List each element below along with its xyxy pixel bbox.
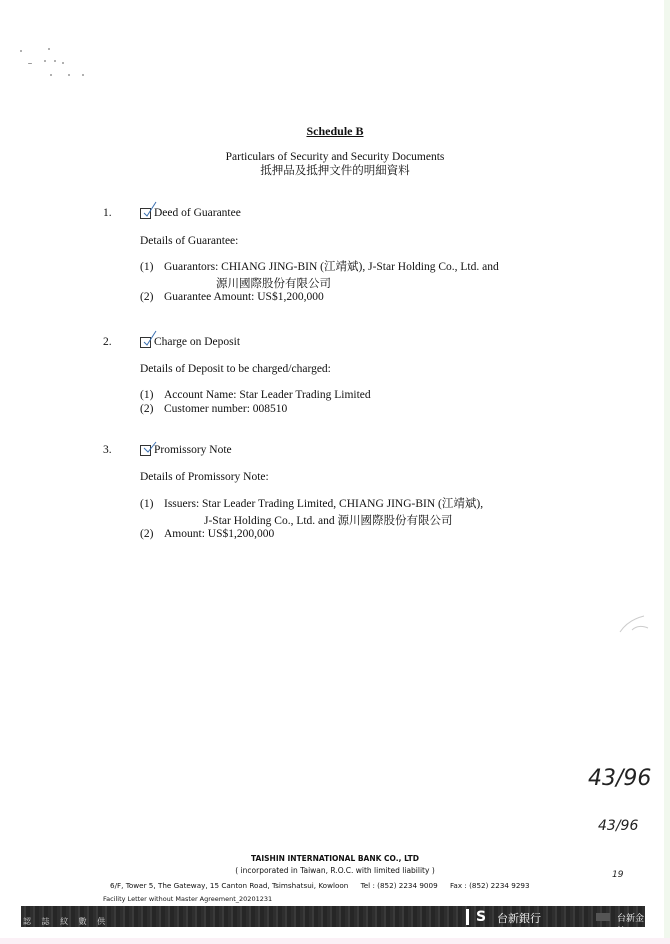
scan-edge-right	[664, 0, 670, 944]
bar-bank-name-zh: 台新銀行	[497, 910, 541, 926]
section-2-heading: Charge on Deposit	[140, 336, 240, 348]
footer-doc-reference: Facility Letter without Master Agreement…	[103, 895, 272, 903]
footer-tel: Tel : (852) 2234 9009	[361, 881, 438, 890]
checkbox-checked-icon[interactable]	[140, 337, 151, 348]
footer-address: 6/F, Tower 5, The Gateway, 15 Canton Roa…	[110, 881, 348, 890]
taishin-logo-icon: S	[466, 909, 493, 925]
section-1-item-1-cont: 源川國際股份有限公司	[216, 275, 331, 291]
section-2-number: 2.	[103, 336, 112, 348]
section-3-item-1: (1)Issuers: Star Leader Trading Limited,…	[140, 497, 483, 511]
section-3-item-1-cont: J-Star Holding Co., Ltd. and 源川國際股份有限公司	[204, 512, 453, 528]
footer-bank-name: TAISHIN INTERNATIONAL BANK CO., LTD	[0, 854, 670, 863]
section-2-details-label: Details of Deposit to be charged/charged…	[140, 363, 331, 375]
section-2-item-1: (1)Account Name: Star Leader Trading Lim…	[140, 388, 371, 402]
bar-holding-name-zh: 台新金控	[617, 911, 645, 937]
checkbox-checked-icon[interactable]	[140, 208, 151, 219]
holding-logo-icon	[596, 913, 610, 921]
handwritten-page-ref-large: 43/96	[588, 766, 651, 791]
schedule-subtitle: Particulars of Security and Security Doc…	[0, 150, 670, 178]
section-2-heading-text: Charge on Deposit	[154, 336, 240, 348]
scan-specks	[18, 48, 98, 88]
section-1-number: 1.	[103, 207, 112, 219]
footer-incorporation: ( incorporated in Taiwan, R.O.C. with li…	[0, 866, 670, 875]
tick-mark-icon	[143, 330, 157, 346]
tick-mark-icon	[143, 438, 157, 454]
scan-edge-bottom	[0, 938, 670, 944]
checkbox-checked-icon[interactable]	[140, 445, 151, 456]
footer-brand-bar: 認 誌 紋 數 供 S 台新銀行 台新金控	[21, 906, 645, 927]
subtitle-en: Particulars of Security and Security Doc…	[0, 150, 670, 164]
section-3-item-2: (2)Amount: US$1,200,000	[140, 527, 274, 541]
subtitle-zh: 抵押品及抵押文件的明細資料	[0, 164, 670, 178]
tick-mark-icon	[143, 201, 157, 217]
section-3-details-label: Details of Promissory Note:	[140, 471, 269, 483]
bar-left-text: 認 誌 紋 數 供	[23, 916, 109, 927]
section-1-item-1: (1)Guarantors: CHIANG JING-BIN (江靖斌), J-…	[140, 260, 499, 274]
handwritten-page-ref-small: 43/96	[598, 818, 638, 834]
section-1-details-label: Details of Guarantee:	[140, 235, 238, 247]
section-1-item-2: (2)Guarantee Amount: US$1,200,000	[140, 290, 324, 304]
section-3-heading: Promissory Note	[140, 444, 232, 456]
document-page: Schedule B Particulars of Security and S…	[0, 0, 670, 944]
section-2-item-2: (2)Customer number: 008510	[140, 402, 287, 416]
schedule-title: Schedule B	[0, 124, 670, 139]
section-1-heading: Deed of Guarantee	[140, 207, 241, 219]
section-3-number: 3.	[103, 444, 112, 456]
footer-fax: Fax : (852) 2234 9293	[450, 881, 530, 890]
footer-address-line: 6/F, Tower 5, The Gateway, 15 Canton Roa…	[110, 881, 540, 890]
pen-scribble-mark	[618, 612, 658, 636]
section-1-heading-text: Deed of Guarantee	[154, 207, 241, 219]
section-3-heading-text: Promissory Note	[154, 444, 232, 456]
